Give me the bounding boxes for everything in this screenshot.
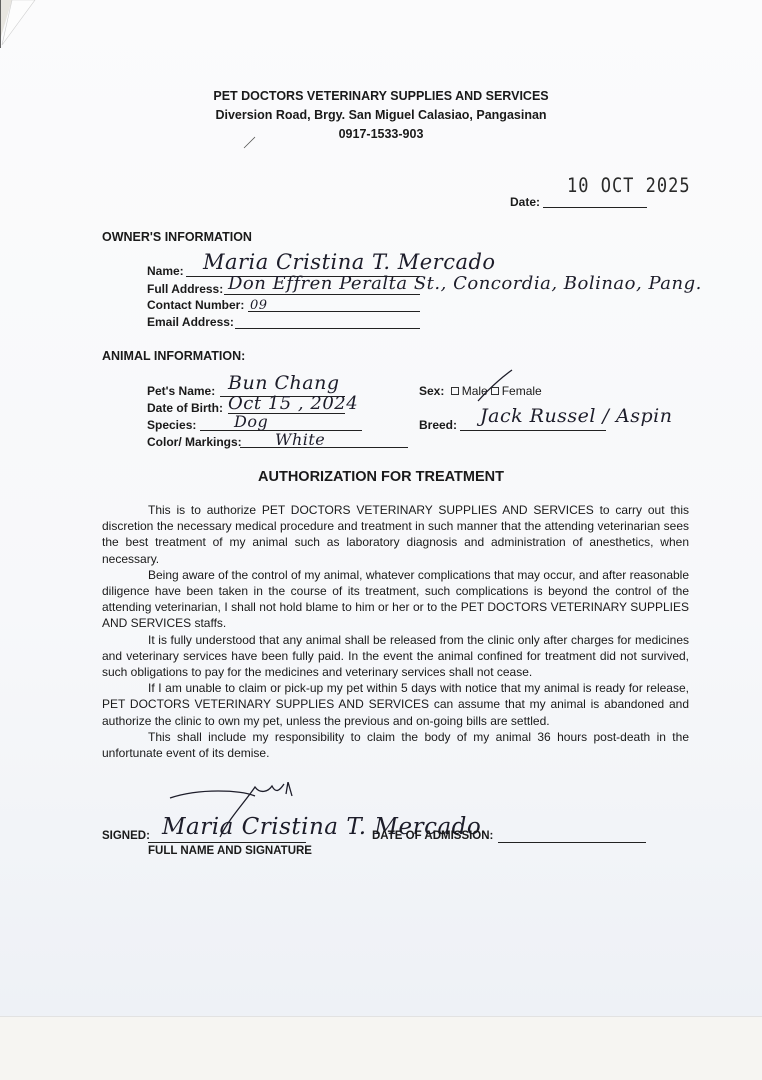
color-value: White	[275, 430, 325, 449]
breed-label: Breed:	[419, 418, 457, 432]
authorization-body: This is to authorize PET DOCTORS VETERIN…	[102, 502, 689, 761]
authorization-title: AUTHORIZATION FOR TREATMENT	[0, 469, 762, 485]
owner-name-value: Maria Cristina T. Mercado	[203, 250, 496, 274]
scanner-bed-area	[0, 1016, 762, 1080]
email-field[interactable]	[235, 328, 420, 329]
authorization-paragraph: This is to authorize PET DOCTORS VETERIN…	[102, 502, 689, 567]
authorization-paragraph: It is fully understood that any animal s…	[102, 632, 689, 681]
authorization-paragraph: This shall include my responsibility to …	[102, 729, 689, 761]
authorization-paragraph: If I am unable to claim or pick-up my pe…	[102, 680, 689, 729]
owner-name-label: Name:	[147, 264, 184, 278]
admission-date-label: DATE OF ADMISSION:	[372, 830, 493, 842]
clinic-phone: 0917-1533-903	[0, 127, 762, 141]
scanned-form-page: PET DOCTORS VETERINARY SUPPLIES AND SERV…	[0, 0, 762, 1016]
pet-name-label: Pet's Name:	[147, 384, 215, 398]
address-field[interactable]	[224, 294, 420, 295]
dob-label: Date of Birth:	[147, 401, 223, 415]
email-label: Email Address:	[147, 315, 234, 329]
breed-field[interactable]	[460, 430, 606, 431]
contact-value: 09	[250, 298, 268, 313]
owner-section-title: OWNER'S INFORMATION	[102, 230, 252, 244]
authorization-paragraph: Being aware of the control of my animal,…	[102, 567, 689, 632]
species-value: Dog	[234, 412, 268, 431]
address-value: Don Effren Peralta St., Concordia, Bolin…	[228, 273, 702, 294]
admission-date-field[interactable]	[498, 842, 646, 843]
address-label: Full Address:	[147, 282, 223, 296]
clinic-address: Diversion Road, Brgy. San Miguel Calasia…	[0, 108, 762, 122]
pet-name-value: Bun Chang	[228, 372, 339, 394]
date-stamp: 10 OCT 2025	[567, 175, 691, 198]
color-label: Color/ Markings:	[147, 435, 242, 449]
sex-label: Sex:	[419, 384, 444, 398]
clinic-name: PET DOCTORS VETERINARY SUPPLIES AND SERV…	[0, 89, 762, 103]
male-checkbox[interactable]	[451, 387, 459, 395]
date-label: Date:	[510, 195, 540, 209]
signature-field[interactable]	[148, 842, 306, 843]
pen-mark-icon	[242, 134, 258, 150]
male-check-mark-icon	[476, 368, 516, 404]
breed-value: Jack Russel / Aspin	[480, 405, 672, 427]
date-field[interactable]	[543, 207, 647, 208]
dob-value: Oct 15 , 2024	[228, 393, 358, 414]
species-label: Species:	[147, 418, 196, 432]
signature-caption: FULL NAME AND SIGNATURE	[148, 845, 312, 857]
folded-corner-icon	[0, 0, 40, 50]
signed-label: SIGNED:	[102, 830, 150, 842]
contact-label: Contact Number:	[147, 298, 244, 312]
animal-section-title: ANIMAL INFORMATION:	[102, 349, 245, 363]
contact-field[interactable]	[248, 311, 420, 312]
